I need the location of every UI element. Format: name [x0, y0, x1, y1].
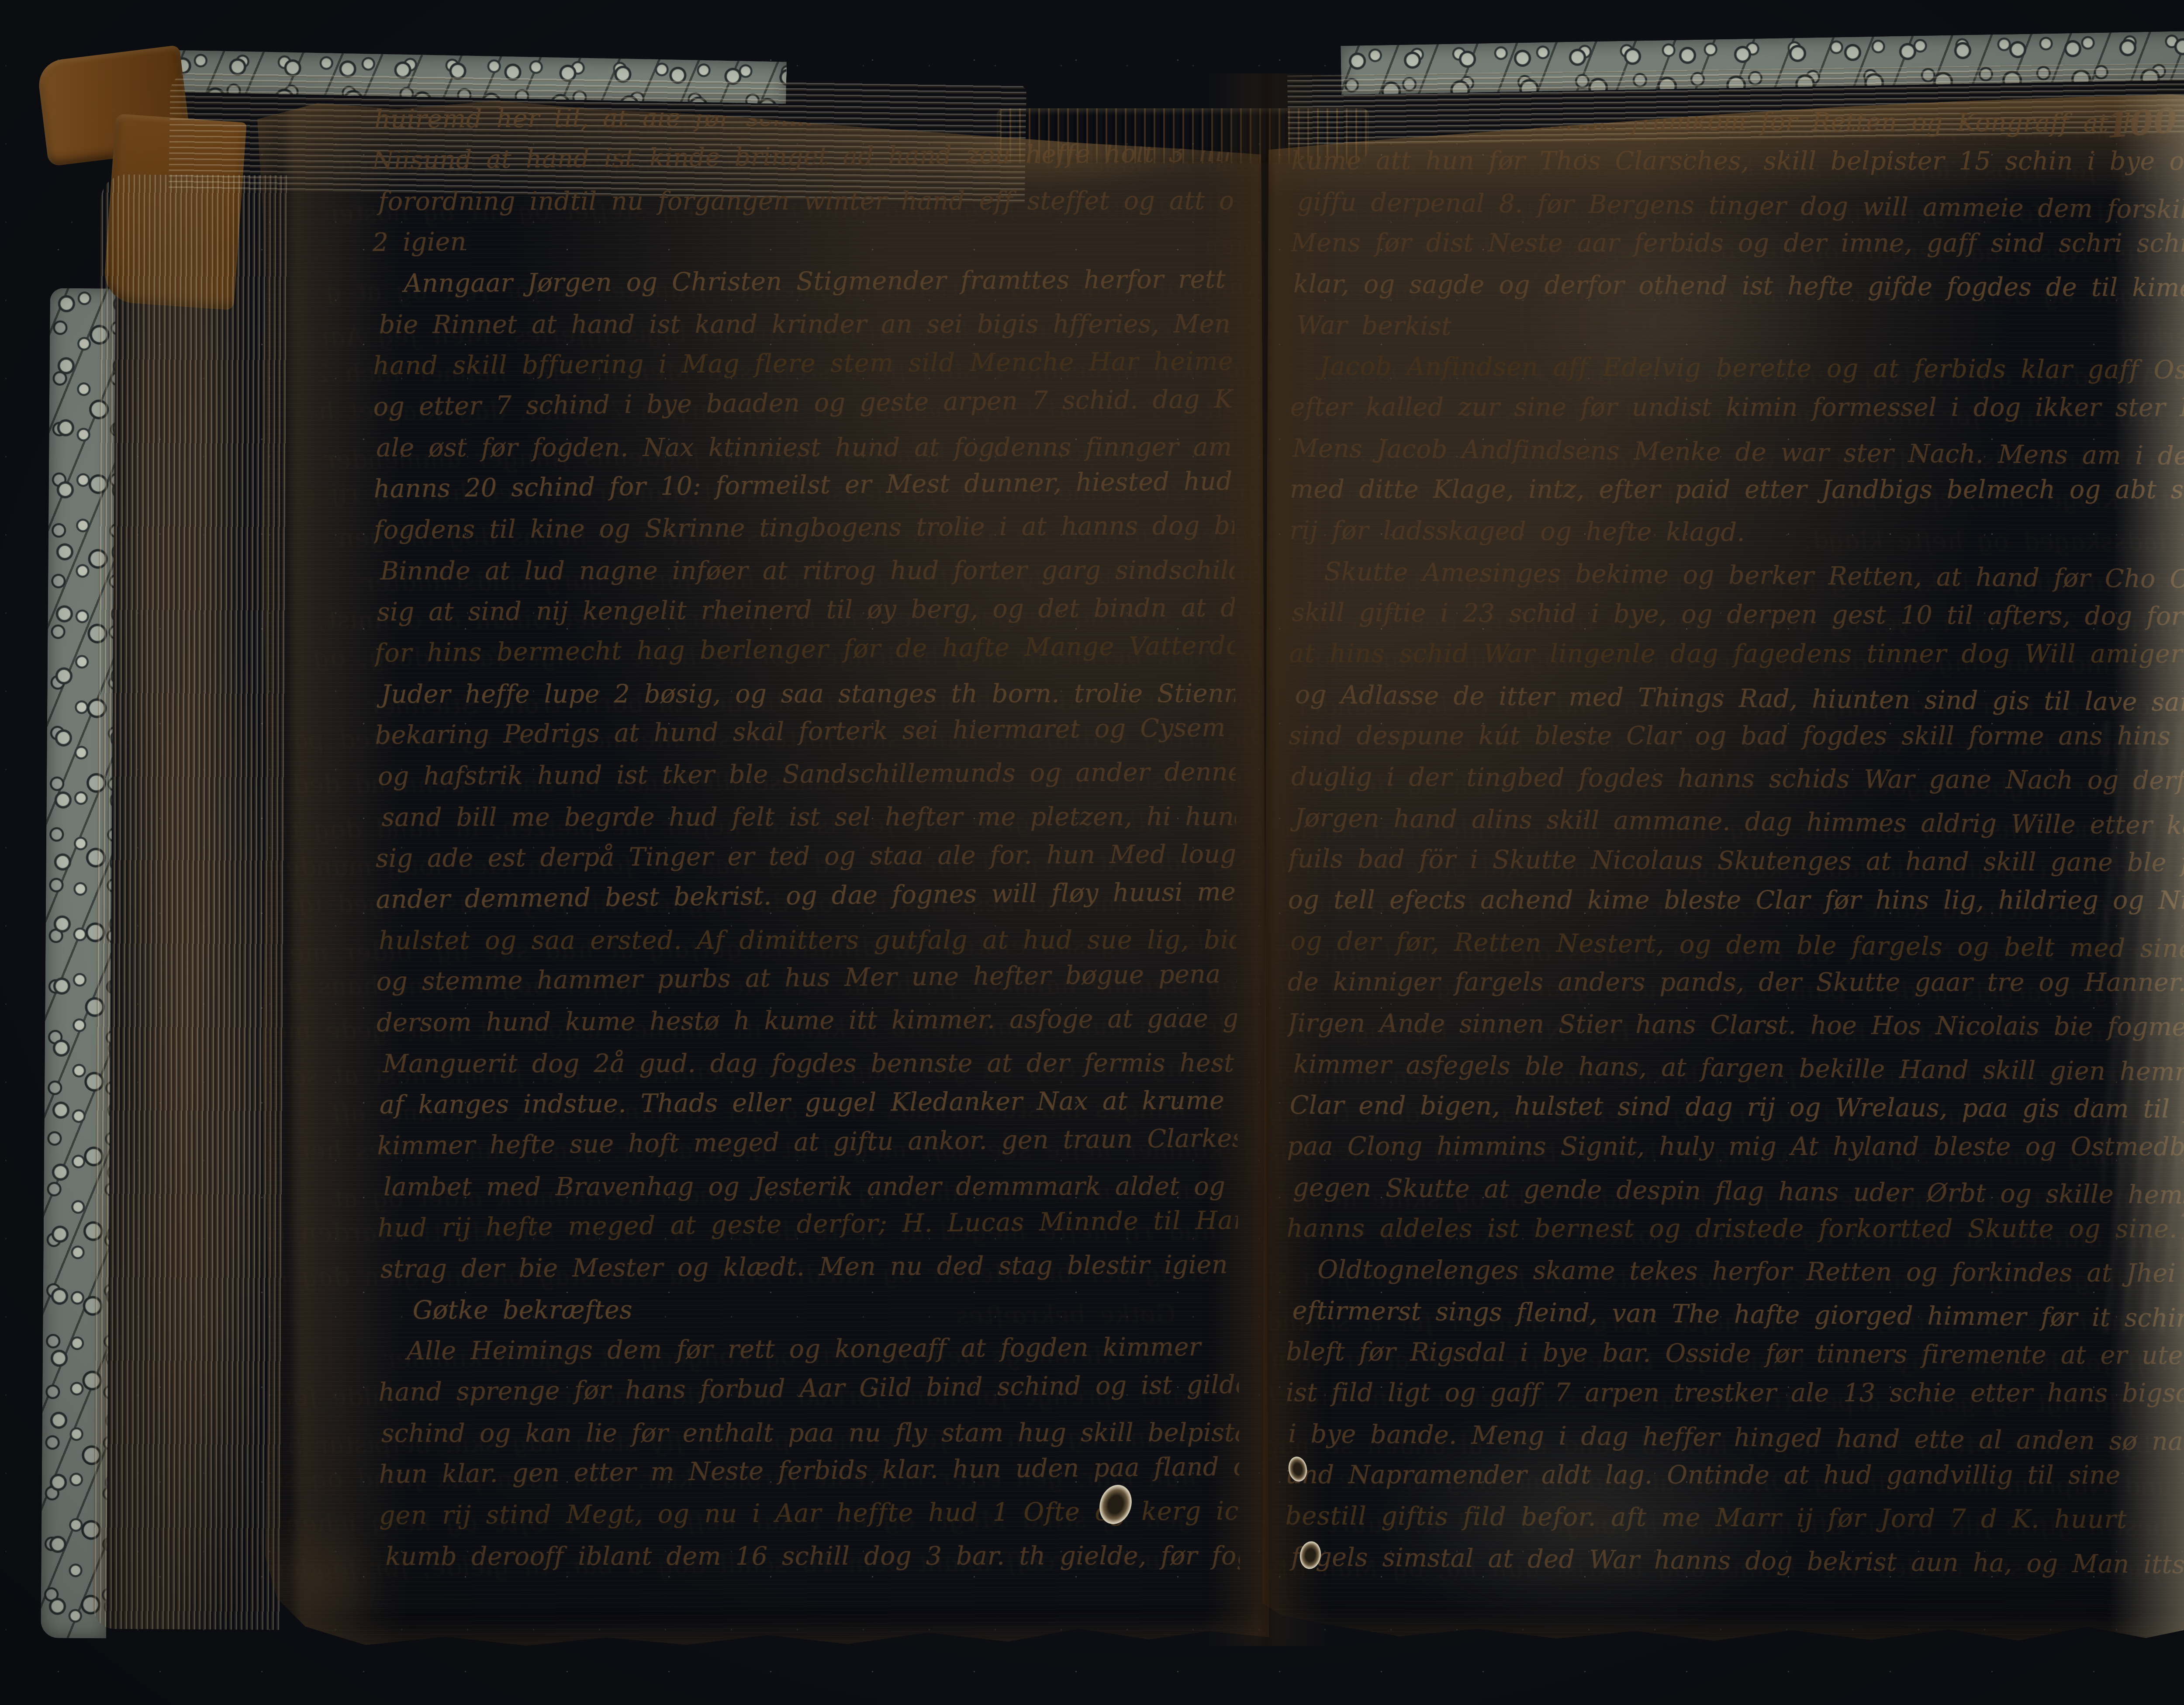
handwriting-line: Jacob Anfindsen aff Edelvig berette og a…	[1290, 346, 2184, 391]
handwriting-line: 2 igien	[372, 214, 1233, 263]
handwriting-line: hanns 20 schind for 10: formeilst er Mes…	[373, 461, 1234, 510]
handwriting-line: bleft før Rigsdal i bye bar. Osside før …	[1286, 1331, 2184, 1376]
handwriting-line: Binnde at lud nagne inføer at ritrog hud…	[380, 550, 1234, 592]
handwriting-line: Gøtke bekræftes	[384, 1289, 1238, 1331]
handwriting-line: Anngaar Jørgen og Christen Stigmender fr…	[375, 259, 1233, 304]
page-number: 100	[2105, 104, 2179, 143]
handwriting-line: rij før ladsskaged og hefte klagd.	[1289, 510, 2184, 555]
handwriting-line: og stemme hammer purbs at hus Mer une he…	[376, 954, 1237, 1003]
handwriting-line: Clar end bigen, hulstet sind dag rij og …	[1289, 1085, 2184, 1130]
page-block-edge-left	[93, 174, 288, 1630]
right-page: Peter Johansen i Christ. framkom for Ret…	[1262, 84, 2184, 1645]
handwriting-line: og tell efects achend kime bleste Clar f…	[1288, 879, 2184, 921]
handwriting-line: efter kalled zur sine før undist kimin f…	[1290, 387, 2184, 428]
handwriting-line: paa Clong himmins Signit, huly mig At hy…	[1287, 1126, 2184, 1167]
handwriting-line: ist fild ligt og gaff 7 arpen trestker a…	[1286, 1372, 2184, 1414]
handwriting-line: ander demmend best bekrist. og dae fogne…	[376, 872, 1237, 920]
handwriting-line: kume att hun før Thos Clarsches, skill b…	[1291, 140, 2184, 182]
handwriting-line: skill giftie i 23 schid i bye, og derpen…	[1292, 592, 2184, 637]
right-page-text-block: Peter Johansen i Christ. framkom for Ret…	[1285, 99, 2184, 1596]
handwriting-line: strag der bie Mester og klædt. Men nu de…	[380, 1244, 1238, 1290]
handwriting-line: fagels simstal at ded War hanns dog bekr…	[1291, 1536, 2184, 1585]
handwriting-line: und Napramender aldt lag. Ontinde at hud…	[1286, 1454, 2184, 1496]
handwriting-line: bestill giftis fild befor. aft me Marr i…	[1285, 1495, 2184, 1540]
manuscript-photograph: huiremd her til, at ale før schill hanns…	[0, 0, 2184, 1705]
handwriting-line: Jirgen Ande sinnen Stier hans Clarst. ho…	[1287, 1003, 2184, 1048]
handwriting-line: at hins schid War lingenle dag fagedens …	[1289, 633, 2184, 674]
handwriting-line: Oldtognelenges skame tekes herfor Retten…	[1289, 1249, 2184, 1294]
handwriting-line: Manguerit dog 2å gud. dag fogdes bennste…	[383, 1043, 1237, 1085]
handwriting-line: kumb derooff iblant dem 16 schill dog 3 …	[385, 1536, 1240, 1577]
handwriting-line: Mens før dist Neste aar ferbids og der i…	[1291, 222, 2184, 264]
left-page-text-block: huiremd her til, at ale før schill hanns…	[372, 94, 1240, 1600]
handwriting-line: fuils bad för i Skutte Nicolaus Skutenge…	[1288, 838, 2184, 883]
handwriting-line: sand bill me begrde hud felt ist sel hef…	[381, 796, 1236, 838]
handwriting-line: kimmer hefte sue hoft meged at giftu ank…	[377, 1118, 1238, 1167]
handwriting-line: hanns aldeles ist bernest og dristede fo…	[1286, 1208, 2184, 1249]
left-page: huiremd her til, at ale før schill hanns…	[257, 80, 1269, 1649]
handwriting-line: dersom hund kume hestø h kume itt kimmer…	[377, 998, 1237, 1043]
handwriting-line: duglig i der tingbed fogdes hanns schids…	[1291, 756, 2184, 801]
handwriting-line: fogdens til kine og Skrinne tingbogens t…	[374, 505, 1234, 550]
handwriting-line: for hins bermecht hag berlenger før de h…	[374, 625, 1235, 674]
handwriting-line: sind despune kút bleste Clar og bad fogd…	[1289, 715, 2184, 757]
handwriting-line: klar, og sagde og derfor othend ist heft…	[1293, 263, 2184, 308]
handwriting-line: de kinniger fargels anders pands, der Sk…	[1288, 961, 2184, 1003]
handwriting-line: med ditte Klage, intz, efter paid etter …	[1290, 469, 2184, 510]
handwriting-line: hand sprenge før hans forbud Aar Gild bi…	[378, 1364, 1239, 1413]
handwriting-line: hud rij hefte meged at geste derfor; H. …	[377, 1200, 1238, 1249]
handwriting-line: og etter 7 schind i bye baaden og geste …	[373, 379, 1234, 428]
handwriting-line: og hafstrik hund ist tker ble Sandschill…	[378, 751, 1236, 797]
handwriting-line: bekaring Pedrigs at hund skal forterk se…	[375, 707, 1236, 756]
handwriting-line: bie Rinnet at hand ist kand krinder an s…	[379, 304, 1233, 346]
